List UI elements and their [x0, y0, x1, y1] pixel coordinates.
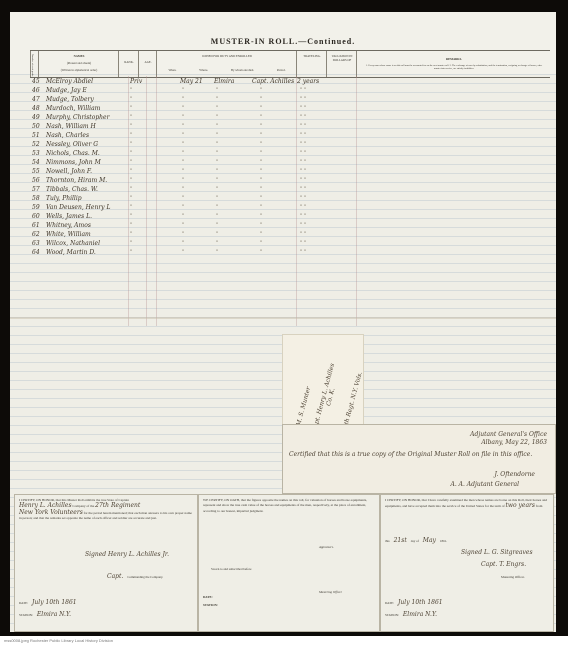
- ditto-mark: ": [216, 240, 218, 246]
- ditto-mark: ": [300, 96, 302, 102]
- ditto-mark: ": [304, 87, 306, 93]
- ditto-mark: ": [260, 249, 262, 255]
- ditto-mark: ": [130, 195, 132, 201]
- ditto-mark: ": [216, 195, 218, 201]
- ditto-mark: ": [260, 168, 262, 174]
- ditto-mark: ": [304, 168, 306, 174]
- ditto-mark: ": [300, 105, 302, 111]
- ditto-mark: ": [130, 105, 132, 111]
- page-title: MUSTER-IN ROLL.—Continued.: [10, 37, 556, 46]
- ditto-mark: ": [300, 231, 302, 237]
- ditto-mark: ": [216, 150, 218, 156]
- header-joined: JOINED FOR DUTY AND ENROLLED When. Where…: [156, 51, 297, 77]
- ditto-mark: ": [304, 159, 306, 165]
- ditto-mark: ": [130, 168, 132, 174]
- ditto-mark: ": [182, 114, 184, 120]
- ditto-mark: ": [182, 222, 184, 228]
- row-where: Elmira: [214, 78, 234, 85]
- ditto-mark: ": [304, 240, 306, 246]
- ditto-mark: ": [304, 105, 306, 111]
- ditto-mark: ": [216, 177, 218, 183]
- ditto-mark: ": [182, 96, 184, 102]
- ditto-mark: ": [130, 141, 132, 147]
- ditto-mark: ": [130, 87, 132, 93]
- ditto-mark: ": [260, 177, 262, 183]
- ditto-mark: ": [260, 195, 262, 201]
- row-period: 2 years: [297, 78, 319, 85]
- ditto-mark: ": [304, 186, 306, 192]
- ditto-mark: ": [130, 186, 132, 192]
- endorsement-vertical: M. S. Munter Capt. Henry L. Achilles Co.…: [282, 334, 364, 436]
- ditto-mark: ": [260, 159, 262, 165]
- ditto-mark: ": [182, 168, 184, 174]
- ditto-mark: ": [260, 213, 262, 219]
- ditto-mark: ": [300, 141, 302, 147]
- ditto-mark: ": [260, 222, 262, 228]
- ditto-mark: ": [300, 249, 302, 255]
- ditto-mark: ": [216, 168, 218, 174]
- ditto-mark: ": [260, 123, 262, 129]
- ditto-mark: ": [130, 177, 132, 183]
- ditto-mark: ": [216, 114, 218, 120]
- image-caption: mss0008.jpeg Rochester Public Library Lo…: [4, 638, 113, 643]
- certificate-appraisers: WE CERTIFY, ON OATH, that the figures op…: [198, 494, 380, 632]
- ditto-mark: ": [216, 132, 218, 138]
- ditto-mark: ": [260, 231, 262, 237]
- ditto-mark: ": [304, 141, 306, 147]
- header-remarks: REMARKS. 1. Every man whose name is on t…: [356, 51, 551, 77]
- ditto-mark: ": [182, 123, 184, 129]
- ditto-mark: ": [300, 222, 302, 228]
- row-name: McElroy Abdiel: [46, 78, 93, 85]
- ditto-mark: ": [300, 186, 302, 192]
- header-names: NAMES (Present and absent) (Written in a…: [38, 51, 119, 77]
- ditto-mark: ": [216, 123, 218, 129]
- ditto-mark: ": [300, 177, 302, 183]
- ditto-mark: ": [130, 114, 132, 120]
- ditto-mark: ": [304, 123, 306, 129]
- header-valuation: VALUATION IN DOLLARS OF: [326, 51, 357, 77]
- ditto-mark: ": [304, 204, 306, 210]
- ditto-mark: ": [304, 96, 306, 102]
- ditto-mark: ": [130, 231, 132, 237]
- ditto-mark: ": [216, 141, 218, 147]
- ditto-mark: ": [260, 240, 262, 246]
- ditto-mark: ": [130, 96, 132, 102]
- ditto-mark: ": [216, 231, 218, 237]
- ditto-mark: ": [182, 159, 184, 165]
- ditto-mark: ": [182, 231, 184, 237]
- ditto-mark: ": [300, 168, 302, 174]
- ditto-mark: ": [130, 123, 132, 129]
- ditto-mark: ": [304, 231, 306, 237]
- row-when: May 21: [180, 78, 203, 85]
- ditto-mark: ": [216, 105, 218, 111]
- ditto-mark: ": [260, 114, 262, 120]
- ditto-mark: ": [182, 87, 184, 93]
- ditto-mark: ": [216, 222, 218, 228]
- ditto-mark: ": [304, 114, 306, 120]
- ditto-mark: ": [130, 249, 132, 255]
- ditto-mark: ": [182, 213, 184, 219]
- ditto-mark: ": [130, 132, 132, 138]
- ditto-mark: ": [304, 132, 306, 138]
- ditto-mark: ": [216, 159, 218, 165]
- ditto-mark: ": [130, 213, 132, 219]
- ditto-mark: ": [260, 204, 262, 210]
- certificate-captain: I CERTIFY, ON HONOR, that this Muster Ro…: [14, 494, 198, 632]
- copy-certification: Adjutant General's Office Albany, May 22…: [282, 424, 556, 494]
- ditto-mark: ": [182, 249, 184, 255]
- header-traveling: TRAVELING.: [296, 51, 327, 77]
- ditto-mark: ": [130, 159, 132, 165]
- ditto-mark: ": [300, 204, 302, 210]
- ditto-mark: ": [216, 204, 218, 210]
- ditto-mark: ": [216, 213, 218, 219]
- ditto-mark: ": [260, 105, 262, 111]
- ditto-mark: ": [300, 132, 302, 138]
- ditto-mark: ": [300, 240, 302, 246]
- ditto-mark: ": [182, 204, 184, 210]
- ditto-mark: ": [300, 159, 302, 165]
- header-rank: RANK.: [118, 51, 139, 77]
- ditto-mark: ": [304, 150, 306, 156]
- ditto-mark: ": [182, 186, 184, 192]
- ditto-mark: ": [300, 150, 302, 156]
- ditto-mark: ": [182, 132, 184, 138]
- ditto-mark: ": [130, 204, 132, 210]
- ditto-mark: ": [216, 186, 218, 192]
- row-rank: Priv: [130, 78, 142, 85]
- ditto-mark: ": [304, 195, 306, 201]
- ditto-mark: ": [260, 96, 262, 102]
- table-header: Number of each grade. NAMES (Present and…: [30, 50, 550, 78]
- ditto-mark: ": [216, 249, 218, 255]
- ditto-mark: ": [130, 222, 132, 228]
- ditto-mark: ": [300, 114, 302, 120]
- header-age: AGE.: [138, 51, 157, 77]
- row-enrolled-by: Capt. Achilles: [252, 78, 294, 85]
- ditto-mark: ": [300, 195, 302, 201]
- ditto-mark: ": [130, 240, 132, 246]
- ditto-mark: ": [260, 186, 262, 192]
- fold-line: [10, 317, 556, 319]
- ditto-mark: ": [216, 87, 218, 93]
- ditto-mark: ": [300, 213, 302, 219]
- ditto-mark: ": [304, 222, 306, 228]
- ditto-mark: ": [260, 132, 262, 138]
- certificate-mustering-officer: I CERTIFY, ON HONOR, that I have careful…: [380, 494, 554, 632]
- ditto-mark: ": [182, 240, 184, 246]
- ditto-mark: ": [260, 141, 262, 147]
- ditto-mark: ": [300, 87, 302, 93]
- ditto-mark: ": [182, 150, 184, 156]
- ditto-mark: ": [260, 150, 262, 156]
- row-number: 45: [32, 78, 44, 85]
- ditto-mark: ": [304, 249, 306, 255]
- muster-roll-page: MUSTER-IN ROLL.—Continued. Number of eac…: [10, 12, 556, 632]
- ditto-mark: ": [304, 177, 306, 183]
- ditto-mark: ": [300, 123, 302, 129]
- ditto-mark: ": [182, 177, 184, 183]
- ditto-mark: ": [182, 141, 184, 147]
- ditto-mark: ": [216, 96, 218, 102]
- ditto-mark: ": [260, 87, 262, 93]
- ditto-mark: ": [182, 105, 184, 111]
- ditto-mark: ": [130, 150, 132, 156]
- ditto-mark: ": [304, 213, 306, 219]
- ditto-mark: ": [182, 195, 184, 201]
